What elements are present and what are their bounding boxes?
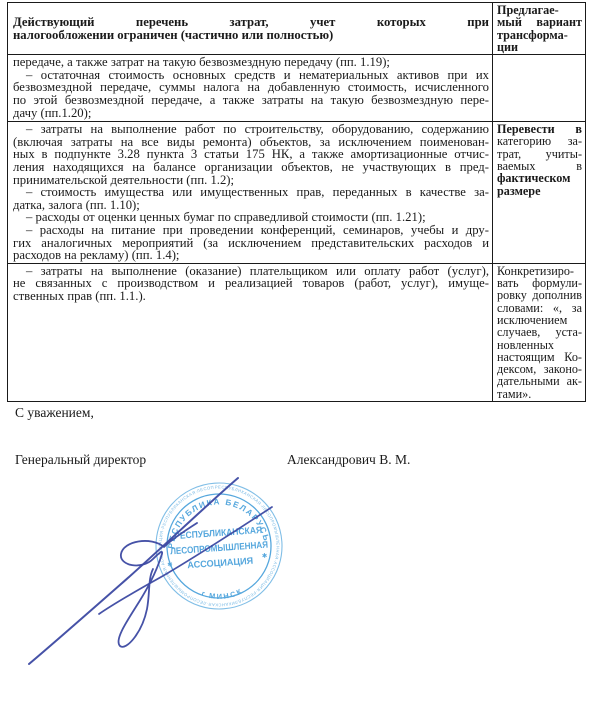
- text-line: – расходы на питание при проведении конф…: [13, 224, 489, 237]
- table-cell-right: Перевести вкатегорию за-трат, учиты-ваем…: [493, 122, 586, 264]
- signature-loops: [118, 523, 197, 647]
- table-cell-left: – затраты на выполнение работ по строите…: [8, 122, 493, 264]
- handwritten-signature: [0, 465, 360, 700]
- text-line: – затраты на выполнение работ по строите…: [13, 123, 489, 136]
- text-line: размере: [497, 185, 582, 197]
- text-line: – стоимость имущества или имущественных …: [13, 186, 489, 199]
- text-line: налогообложении ограничен (частично или …: [13, 29, 489, 42]
- text-line: передаче, а также затрат на такую безвоз…: [13, 56, 489, 69]
- text-line: новленных: [497, 339, 582, 351]
- letter-page: Действующий перечень затрат, учет которы…: [0, 0, 591, 710]
- text-line: категорию за-: [497, 135, 582, 147]
- text-line: случаев, уста-: [497, 326, 582, 338]
- table-row: – затраты на выполнение (оказание) плате…: [8, 263, 586, 401]
- text-line: фактическом: [497, 172, 582, 184]
- text-line: мый вариант: [497, 16, 582, 28]
- text-line: ции: [497, 41, 582, 53]
- table-row: – затраты на выполнение работ по строите…: [8, 122, 586, 264]
- expenses-table: Действующий перечень затрат, учет которы…: [7, 2, 586, 402]
- text-line: Действующий перечень затрат, учет которы…: [13, 16, 489, 29]
- table-cell-left: – затраты на выполнение (оказание) плате…: [8, 263, 493, 401]
- text-line: дательными ак-: [497, 375, 582, 387]
- text-line: расходов на рекламу) (пп. 1.4);: [13, 249, 489, 262]
- col-header-current-expense-list: Действующий перечень затрат, учет которы…: [8, 3, 493, 55]
- col-header-proposed-transformation: Предлагае-мый варианттрансформа-ции: [493, 3, 586, 55]
- table-cell-right: Конкретизиро-вать формули-ровку дополнив…: [493, 263, 586, 401]
- signature-long-stroke: [29, 478, 238, 664]
- text-line: по этой безвозмездной передаче, а также …: [13, 94, 489, 107]
- text-line: ления находящихся на балансе организации…: [13, 161, 489, 174]
- table-row: передаче, а также затрат на такую безвоз…: [8, 55, 586, 122]
- signature-cross-stroke: [99, 507, 272, 614]
- text-line: ственных прав (пп. 1.1.).: [13, 290, 489, 303]
- table-cell-right: [493, 55, 586, 122]
- text-line: тами».: [497, 388, 582, 400]
- text-line: ровку дополнив: [497, 289, 582, 301]
- table-header-row: Действующий перечень затрат, учет которы…: [8, 3, 586, 55]
- closing-salutation: С уважением,: [15, 405, 94, 421]
- table-cell-left: передаче, а также затрат на такую безвоз…: [8, 55, 493, 122]
- text-line: дачу (пп.1.20);: [13, 107, 489, 120]
